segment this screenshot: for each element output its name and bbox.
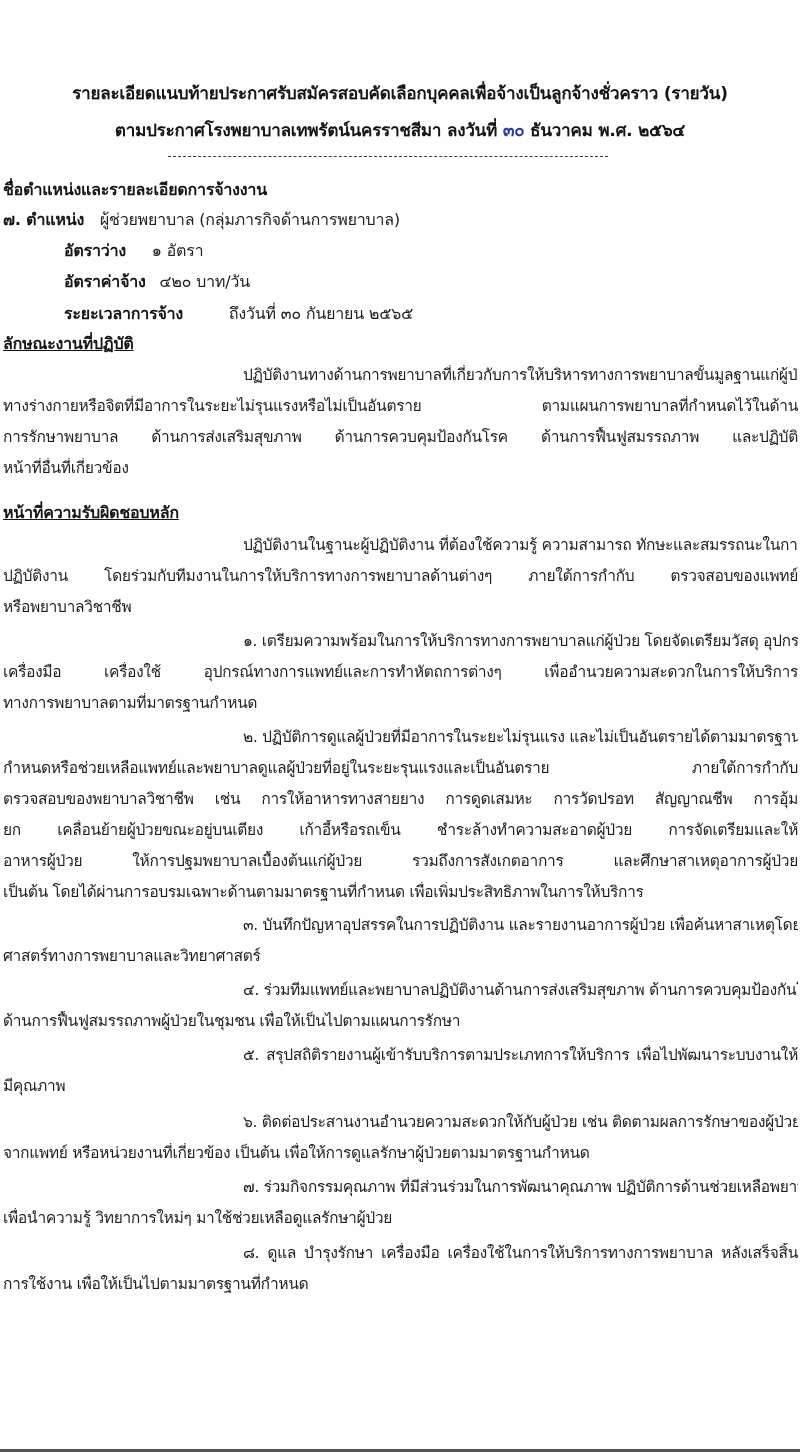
duty-item-8-line: ๘. ดูแล บำรุงรักษา เครื่องมือ เครื่องใช้… <box>243 1243 798 1263</box>
responsibilities-intro-line: หรือพยาบาลวิชาชีพ <box>3 597 798 617</box>
job-nature-line: การรักษาพยาบาล ด้านการส่งเสริมสุขภาพ ด้า… <box>3 427 798 447</box>
duty-item-2-line: กำหนดหรือช่วยเหลือแพทย์และพยาบาลดูแลผู้ป… <box>3 758 798 778</box>
vacancy-row: อัตราว่าง ๑ อัตรา <box>64 241 203 261</box>
duty-item-7-line: ๗. ร่วมกิจกรรมคุณภาพ ที่มีส่วนร่วมในการพ… <box>243 1177 798 1197</box>
duty-item-5-line: มีคุณภาพ <box>3 1076 798 1096</box>
duty-item-5-line: ๕. สรุปสถิติรายงานผู้เข้ารับบริการตามประ… <box>243 1045 798 1065</box>
duty-item-4-line: ด้านการฟื้นฟูสมรรถภาพผู้ป่วยในชุมชน เพื่… <box>3 1011 798 1031</box>
period-label: ระยะเวลาการจ้าง <box>64 304 183 323</box>
title-prefix: ตามประกาศโรงพยาบาลเทพรัตน์นครราชสีมา ลงว… <box>115 121 497 141</box>
position-title-line: ๗. ตำแหน่ง ผู้ช่วยพยาบาล (กลุ่มภารกิจด้า… <box>3 210 400 230</box>
duty-item-3-line: ศาสตร์ทางการพยาบาลและวิทยาศาสตร์ <box>3 946 798 966</box>
vacancy-label: อัตราว่าง <box>64 241 126 260</box>
duty-item-6-line: จากแพทย์ หรือหน่วยงานที่เกี่ยวข้อง เป็นต… <box>3 1143 798 1163</box>
duty-item-4-line: ๔. ร่วมทีมแพทย์และพยาบาลปฏิบัติงานด้านกา… <box>243 980 798 1000</box>
document-title-line-1: รายละเอียดแนบท้ายประกาศรับสมัครสอบคัดเลื… <box>0 84 800 104</box>
period-value: ถึงวันที่ ๓๐ กันยายน ๒๕๖๕ <box>229 304 413 323</box>
job-nature-line: ปฏิบัติงานทางด้านการพยาบาลที่เกี่ยวกับกา… <box>243 365 798 385</box>
responsibilities-intro-line: ปฏิบัติงานในฐานะผู้ปฏิบัติงาน ที่ต้องใช้… <box>243 535 798 555</box>
vacancy-value: ๑ อัตรา <box>152 241 204 260</box>
job-nature-line: ทางร่างกายหรือจิตที่มีอาการในระยะไม่รุนแ… <box>3 396 798 416</box>
duty-item-1-line: เครื่องมือ เครื่องใช้ อุปกรณ์ทางการแพทย์… <box>3 662 798 682</box>
responsibilities-intro-line: ปฏิบัติงาน โดยร่วมกับทีมงานในการให้บริกา… <box>3 566 798 586</box>
duty-item-1-line: ๑. เตรียมความพร้อมในการให้บริการทางการพย… <box>243 631 798 651</box>
duty-item-2-line: ยก เคลื่อนย้ายผู้ป่วยขณะอยู่บนเตียง เก้า… <box>3 820 798 840</box>
duty-item-2-line: ตรวจสอบของพยาบาลวิชาชีพ เช่น การให้อาหาร… <box>3 789 798 809</box>
duty-item-3-line: ๓. บันทึกปัญหาอุปสรรคในการปฏิบัติงาน และ… <box>243 915 798 935</box>
job-nature-heading: ลักษณะงานที่ปฏิบัติ <box>3 334 134 354</box>
period-row: ระยะเวลาการจ้าง ถึงวันที่ ๓๐ กันยายน ๒๕๖… <box>64 304 413 324</box>
title-suffix: ธันวาคม พ.ศ. ๒๕๖๔ <box>530 121 685 141</box>
handwritten-day: ๓๐ <box>503 121 525 141</box>
duty-item-7-line: เพื่อนำความรู้ วิทยาการใหม่ๆ มาใช้ช่วยเห… <box>3 1208 798 1228</box>
duty-item-2-line: เป็นต้น โดยได้ผ่านการอบรมเฉพาะด้านตามมาต… <box>3 882 798 902</box>
document-title-line-2: ตามประกาศโรงพยาบาลเทพรัตน์นครราชสีมา ลงว… <box>0 121 800 141</box>
duty-item-2-line: อาหารผู้ป่วย ให้การปฐมพยาบาลเบื้องต้นแก่… <box>3 851 798 871</box>
wage-value: ๔๒๐ บาท/วัน <box>159 272 250 291</box>
duty-item-2-line: ๒. ปฏิบัติการดูแลผู้ป่วยที่มีอาการในระยะ… <box>243 727 798 747</box>
duty-item-8-line: การใช้งาน เพื่อให้เป็นไปตามมาตรฐานที่กำห… <box>3 1274 798 1294</box>
position-number-label: ๗. ตำแหน่ง <box>3 210 84 229</box>
duty-item-1-line: ทางการพยาบาลตามที่มาตรฐานกำหนด <box>3 693 798 713</box>
job-nature-line: หน้าที่อื่นที่เกี่ยวข้อง <box>3 458 798 478</box>
wage-label: อัตราค่าจ้าง <box>64 272 146 291</box>
duty-item-6-line: ๖. ติดต่อประสานงานอำนวยความสะดวกให้กับผู… <box>243 1112 798 1132</box>
responsibilities-heading: หน้าที่ความรับผิดชอบหลัก <box>3 503 179 523</box>
position-section-heading: ชื่อตำแหน่งและรายละเอียดการจ้างงาน <box>3 180 267 200</box>
position-name: ผู้ช่วยพยาบาล (กลุ่มภารกิจด้านการพยาบาล) <box>100 210 400 229</box>
wage-row: อัตราค่าจ้าง ๔๒๐ บาท/วัน <box>64 272 250 292</box>
document-page: รายละเอียดแนบท้ายประกาศรับสมัครสอบคัดเลื… <box>0 0 800 1452</box>
dashed-separator <box>168 156 608 157</box>
